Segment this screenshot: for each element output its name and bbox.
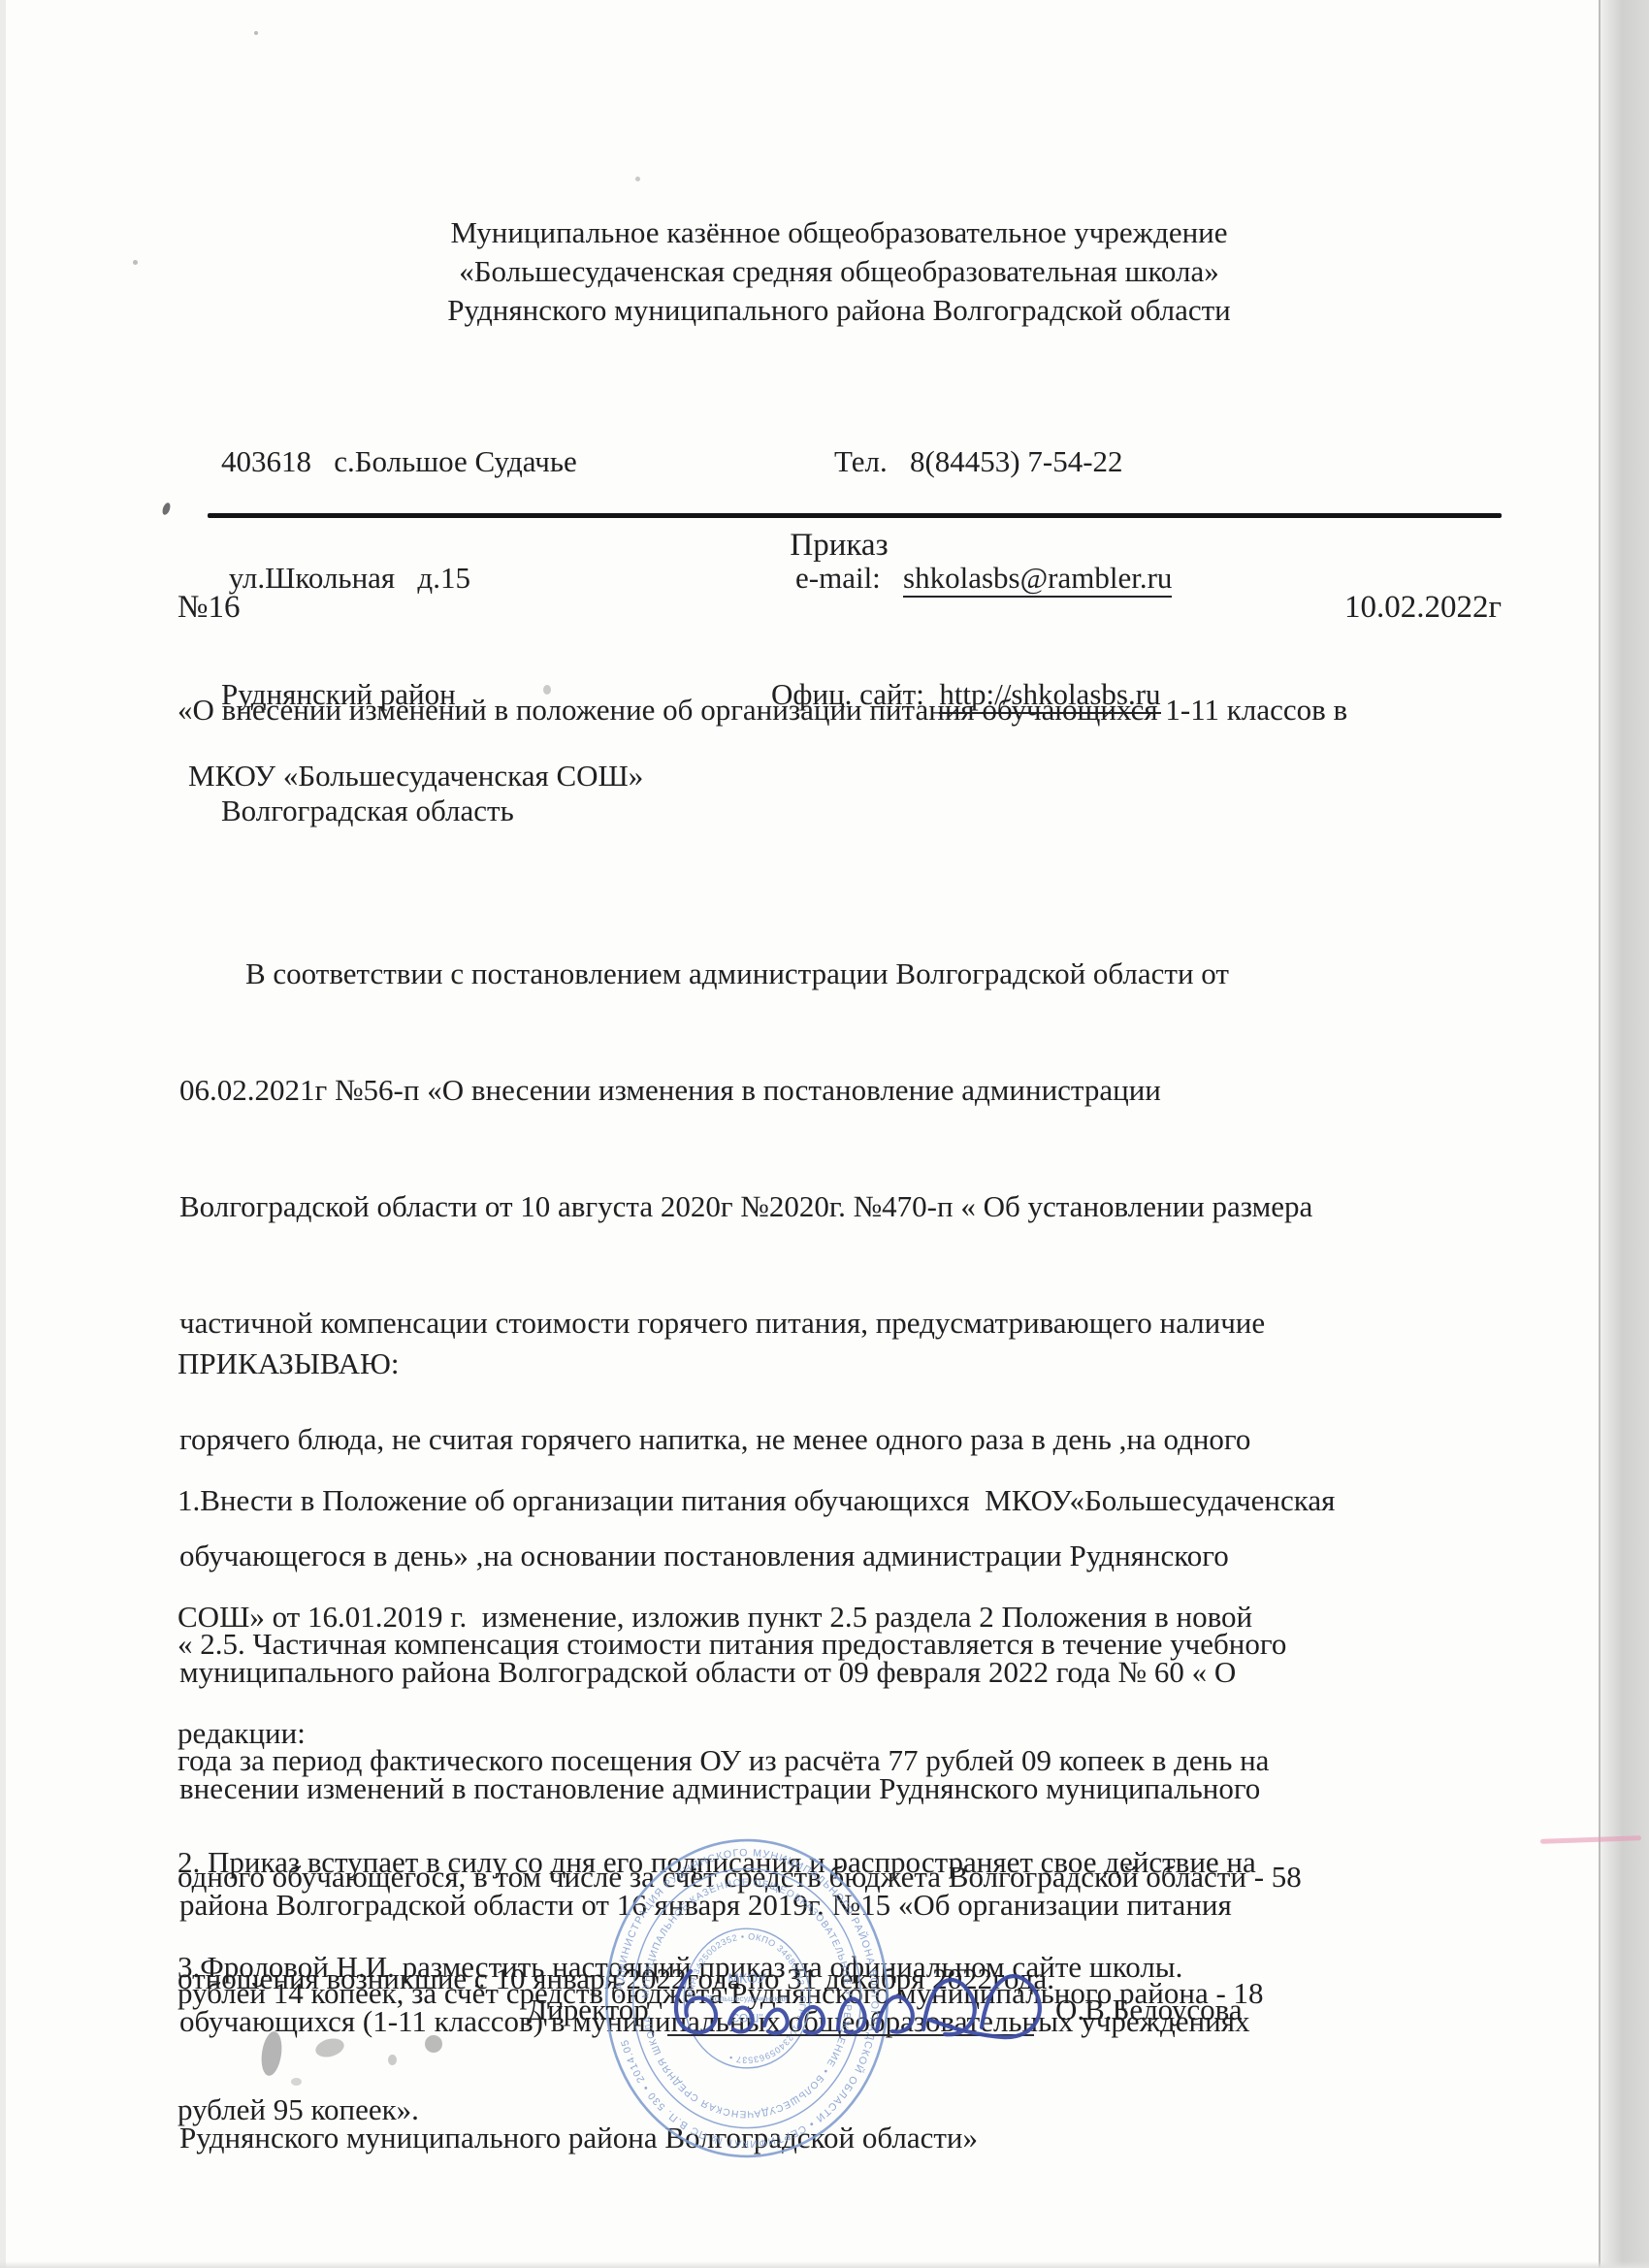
order-date: 10.02.2022г	[1344, 588, 1502, 627]
scan-artifact-speck	[161, 502, 172, 516]
address-line-postcode: 403618 с.Большое Судачье	[221, 442, 577, 481]
org-name-line-1: Муниципальное казённое общеобразовательн…	[29, 213, 1649, 252]
scan-artifact-speck	[133, 260, 138, 265]
scan-artifact-smudge	[291, 2078, 302, 2086]
subject-line-2: МКОУ «Большесудаченская СОШ»	[188, 757, 643, 795]
quote-line: « 2.5. Частичная компенсация стоимости п…	[178, 1625, 1302, 1664]
signature-ink-path	[676, 1971, 1040, 2037]
scanned-order-document: Муниципальное казённое общеобразовательн…	[0, 0, 1649, 2268]
signature-label: Директор	[527, 1991, 649, 2029]
address-block: 403618 с.Большое Судачье ул.Школьная д.1…	[221, 365, 577, 908]
intro-line: Волгоградской области от 10 августа 2020…	[179, 1187, 1312, 1226]
address-line-street: ул.Школьная д.15	[221, 559, 577, 598]
intro-line: 06.02.2021г №56-п «О внесении изменения …	[179, 1071, 1312, 1110]
item1-line: 1.Внести в Положение об организации пита…	[178, 1481, 1335, 1520]
org-name-line-3: Руднянского муниципального района Волгог…	[29, 291, 1649, 330]
org-name-line-2: «Большесудаченская средняя общеобразоват…	[29, 252, 1649, 291]
phone-value: 8(84453) 7-54-22	[910, 444, 1123, 478]
scan-artifact-speck	[543, 685, 551, 695]
email-label: e-mail:	[795, 561, 903, 595]
phone-label: Тел.	[834, 444, 910, 478]
page-edge-left	[0, 0, 6, 2268]
scan-artifact-smudge	[425, 2035, 442, 2053]
prikaz-heading: ПРИКАЗЫВАЮ:	[178, 1345, 399, 1383]
order-number: №16	[178, 588, 241, 627]
contact-email-row: e-mail: shkolasbs@rambler.ru	[771, 559, 1172, 598]
email-link: shkolasbs@rambler.ru	[903, 561, 1172, 598]
scan-artifact-speck	[254, 31, 258, 35]
subject-line-1: «О внесении изменений в положение об орг…	[178, 691, 1347, 729]
scan-artifact-speck	[635, 177, 640, 181]
handwritten-signature	[640, 1942, 1106, 2057]
page-edge-bottom	[0, 2261, 1649, 2268]
header-divider-rule	[208, 513, 1502, 518]
intro-line: В соответствии с постановлением админист…	[179, 955, 1312, 993]
scan-artifact-smudge	[388, 2055, 397, 2065]
address-line-region: Волгоградская область	[221, 792, 577, 830]
page-edge-right	[1599, 0, 1649, 2268]
order-title: Приказ	[29, 526, 1649, 565]
contact-phone-row: Тел. 8(84453) 7-54-22	[771, 442, 1172, 481]
intro-line: частичной компенсации стоимости горячего…	[179, 1304, 1312, 1343]
